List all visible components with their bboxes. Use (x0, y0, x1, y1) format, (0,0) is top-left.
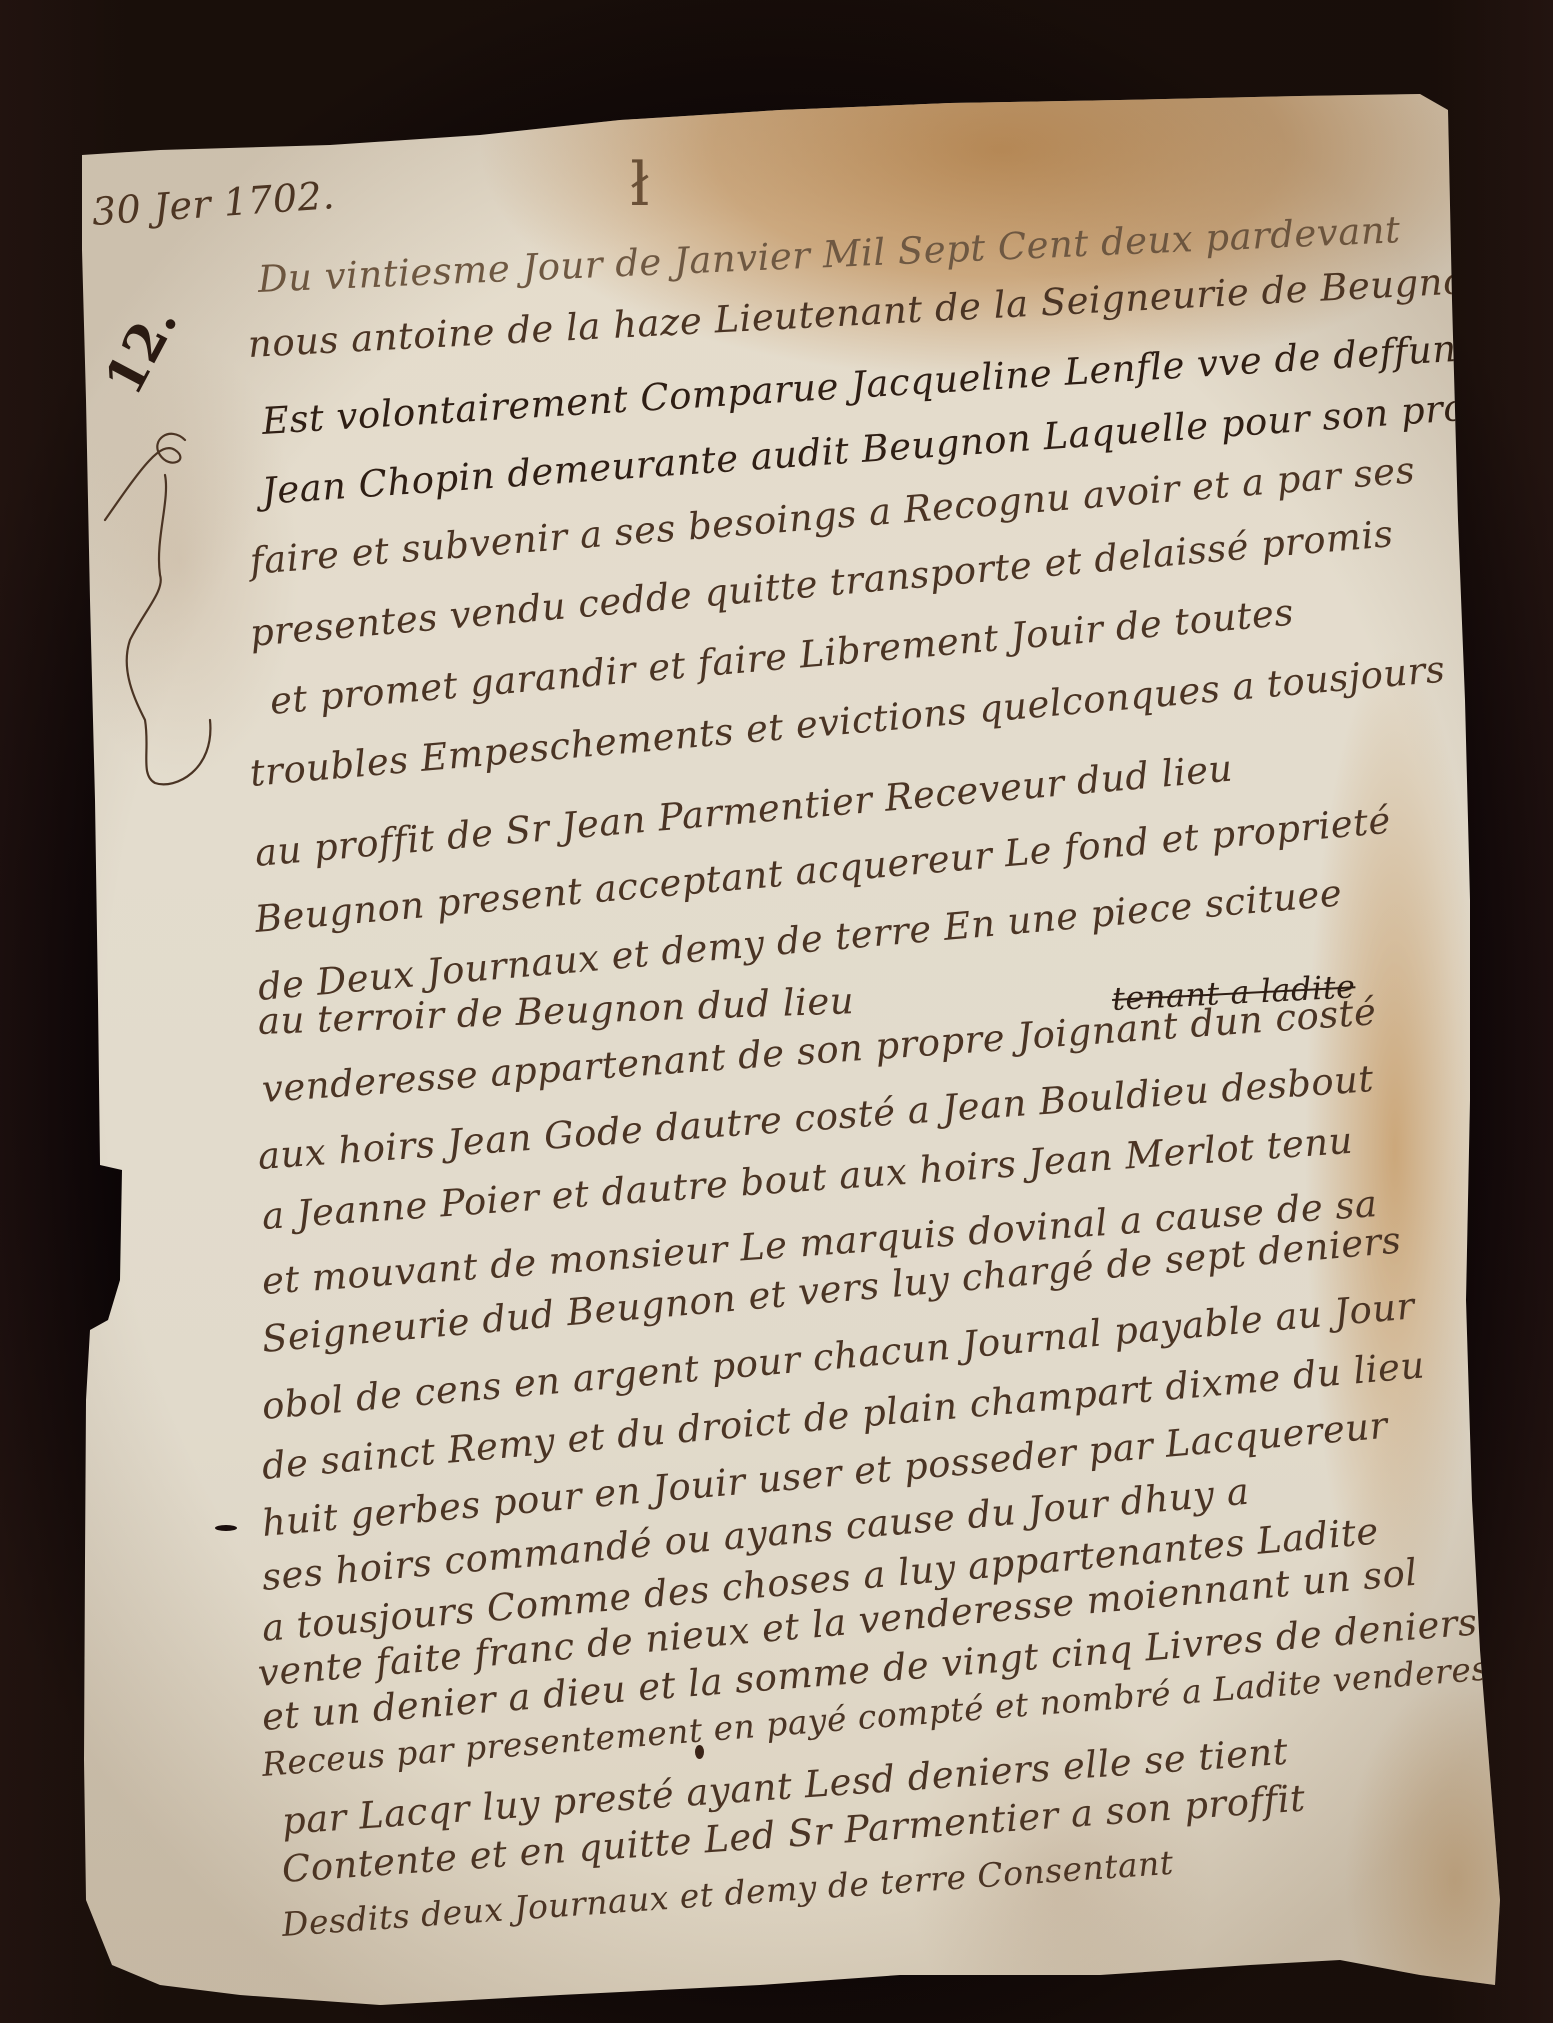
paper-hole (695, 1745, 704, 1759)
manuscript-page: 30 Jer 1702. ł 12. Du vintiesme Jour de … (0, 0, 1553, 2023)
paper-hole (215, 1525, 237, 1531)
